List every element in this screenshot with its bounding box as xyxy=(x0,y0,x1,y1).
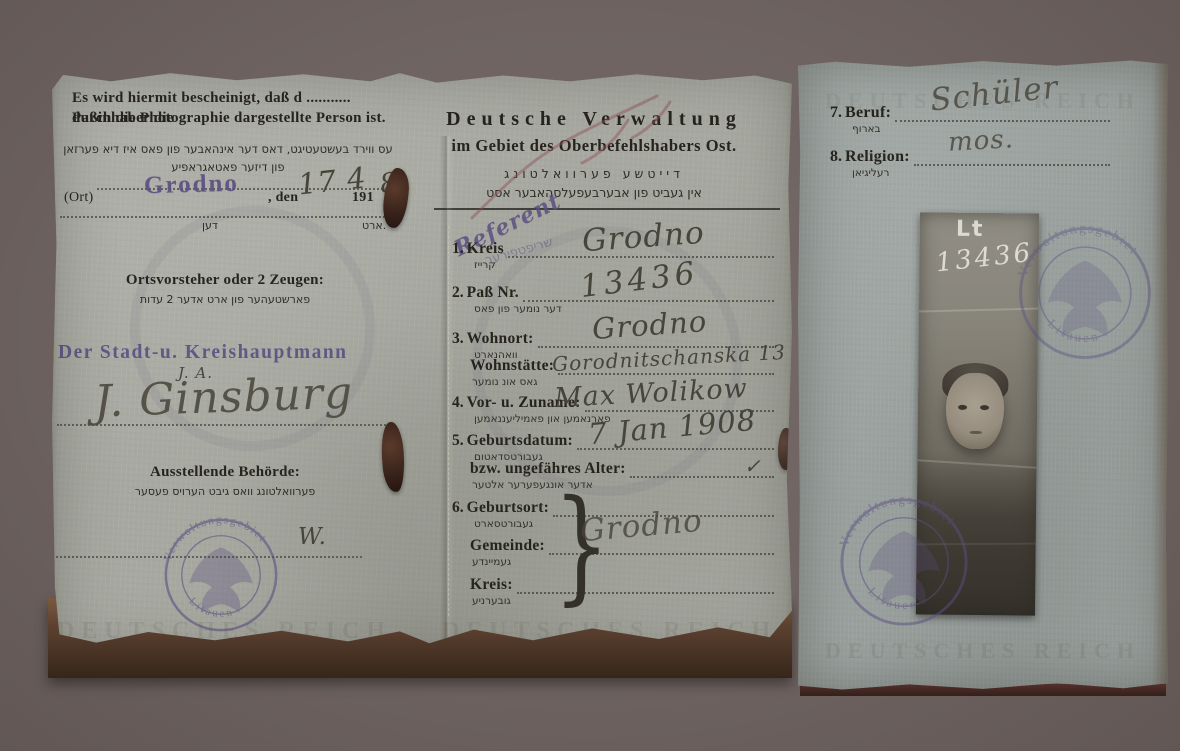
lower-dotted-line xyxy=(52,556,362,558)
den-label: , den xyxy=(268,190,298,206)
round-stamp-bottom-text: Litauen xyxy=(865,584,920,612)
field-label: Kreis: xyxy=(470,576,513,594)
field-number: 8. xyxy=(830,148,842,166)
portrait-eye-right xyxy=(980,405,989,410)
photo-mark: Lt xyxy=(956,217,985,242)
svg-text:Litauen: Litauen xyxy=(865,584,920,612)
value-religion: mos. xyxy=(947,124,1014,157)
photo-crease xyxy=(919,308,1038,313)
field-yiddish: קרייז xyxy=(474,259,496,271)
check-mark: ✓ xyxy=(744,454,762,478)
passport-photo-page: DEUTSCHES REICH 7.Beruf: בארוף 8.Religio… xyxy=(798,58,1168,692)
certification-yiddish-line1: עס ווירד בעשטעטיגט, דאס דער אינהאבער פון… xyxy=(60,142,396,156)
field-label: Gemeinde: xyxy=(470,537,545,555)
eagle-icon xyxy=(1048,261,1122,337)
official-signature: J. Ginsburg xyxy=(93,367,354,427)
field-row-kreis2: Kreis: גובערניע xyxy=(470,572,774,598)
portrait-face xyxy=(946,373,1005,450)
field-label: Paß Nr. xyxy=(467,284,519,302)
watermark-bottom: DEUTSCHES REICH xyxy=(808,638,1158,664)
authority-heading: Ausstellende Behörde: xyxy=(60,464,390,481)
portrait-torso xyxy=(916,450,1037,615)
field-yiddish: גאס אונ נומער xyxy=(472,376,538,388)
passport-open-spread: Es wird hiermit bescheinigt, daß d .....… xyxy=(52,66,792,658)
signature-dotted-line xyxy=(57,424,390,426)
ort-label: (Ort) xyxy=(64,190,94,206)
field-yiddish: בארוף xyxy=(852,123,881,135)
field-yiddish: רעליגיאן xyxy=(852,167,889,179)
clerk-initial: W. xyxy=(298,524,327,550)
authority-yiddish: פערוואלטונג וואס גיבט הערויס פעסער xyxy=(60,485,390,498)
photo-number: 13436 xyxy=(934,238,1034,279)
gutter-seam xyxy=(440,136,454,720)
round-stamp-bottom-text: Litauen xyxy=(187,595,236,620)
field-label: Kreis xyxy=(467,240,504,258)
svg-text:Litauen: Litauen xyxy=(1045,316,1102,345)
field-label: Wohnort: xyxy=(467,330,534,348)
wax-seal-bottom xyxy=(380,421,407,492)
grodno-place-stamp: Grodno xyxy=(144,170,240,200)
field-yiddish: דער נומער פון פאס xyxy=(474,303,562,315)
portrait-photo-strip: Lt 13436 xyxy=(916,212,1039,615)
field-number: 7. xyxy=(830,104,842,122)
svg-text:Litauen: Litauen xyxy=(187,595,236,620)
witnesses-heading: Ortsvorsteher oder 2 Zeugen: xyxy=(60,272,390,289)
photographed-document-scene: Es wird hiermit bescheinigt, daß d .....… xyxy=(0,0,1180,751)
ort-yiddish-gloss: .ארט xyxy=(362,219,386,232)
field-label: Religion: xyxy=(845,148,910,166)
binding-stitch xyxy=(448,226,449,616)
field-yiddish: געבורטסארט xyxy=(474,518,533,530)
field-label: Beruf: xyxy=(845,104,891,122)
certification-text-line2: durch die Photographie dargestellte Pers… xyxy=(72,110,400,127)
den-yiddish-gloss: דען xyxy=(202,219,218,232)
field-yiddish: גובערניע xyxy=(472,595,511,607)
field-row-alter: bzw. ungefähres Alter: אדער אונגעפערער א… xyxy=(470,456,774,482)
field-label: Geburtsdatum: xyxy=(467,432,573,450)
field-yiddish: געמיינדע xyxy=(472,556,511,568)
year-printed: 191 xyxy=(352,190,374,206)
wax-spot-edge xyxy=(778,428,794,470)
second-dotted-line xyxy=(60,216,388,218)
round-stamp-bottom-text: Litauen xyxy=(1045,316,1102,345)
page-edge-shadow xyxy=(1152,58,1168,692)
portrait-mouth xyxy=(970,431,982,434)
field-label: Geburtsort: xyxy=(467,499,550,517)
witnesses-yiddish: פארשטעהער פון ארט אדער 2 עדות xyxy=(60,293,390,306)
portrait-eye-left xyxy=(958,405,967,410)
field-label: Wohnstätte: xyxy=(470,357,554,375)
kreishauptmann-title-stamp: Der Stadt-u. Kreishauptmann xyxy=(58,342,392,364)
